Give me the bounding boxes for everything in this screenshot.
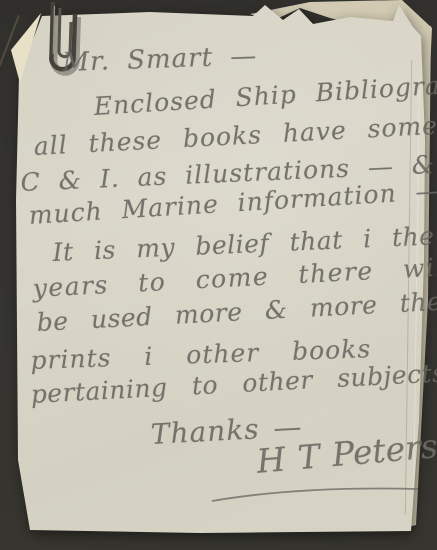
photo-of-handwritten-note: Mr. Smart — Enclosed Ship Bibliograph al… [0, 0, 437, 550]
signature-flourish [0, 0, 437, 550]
